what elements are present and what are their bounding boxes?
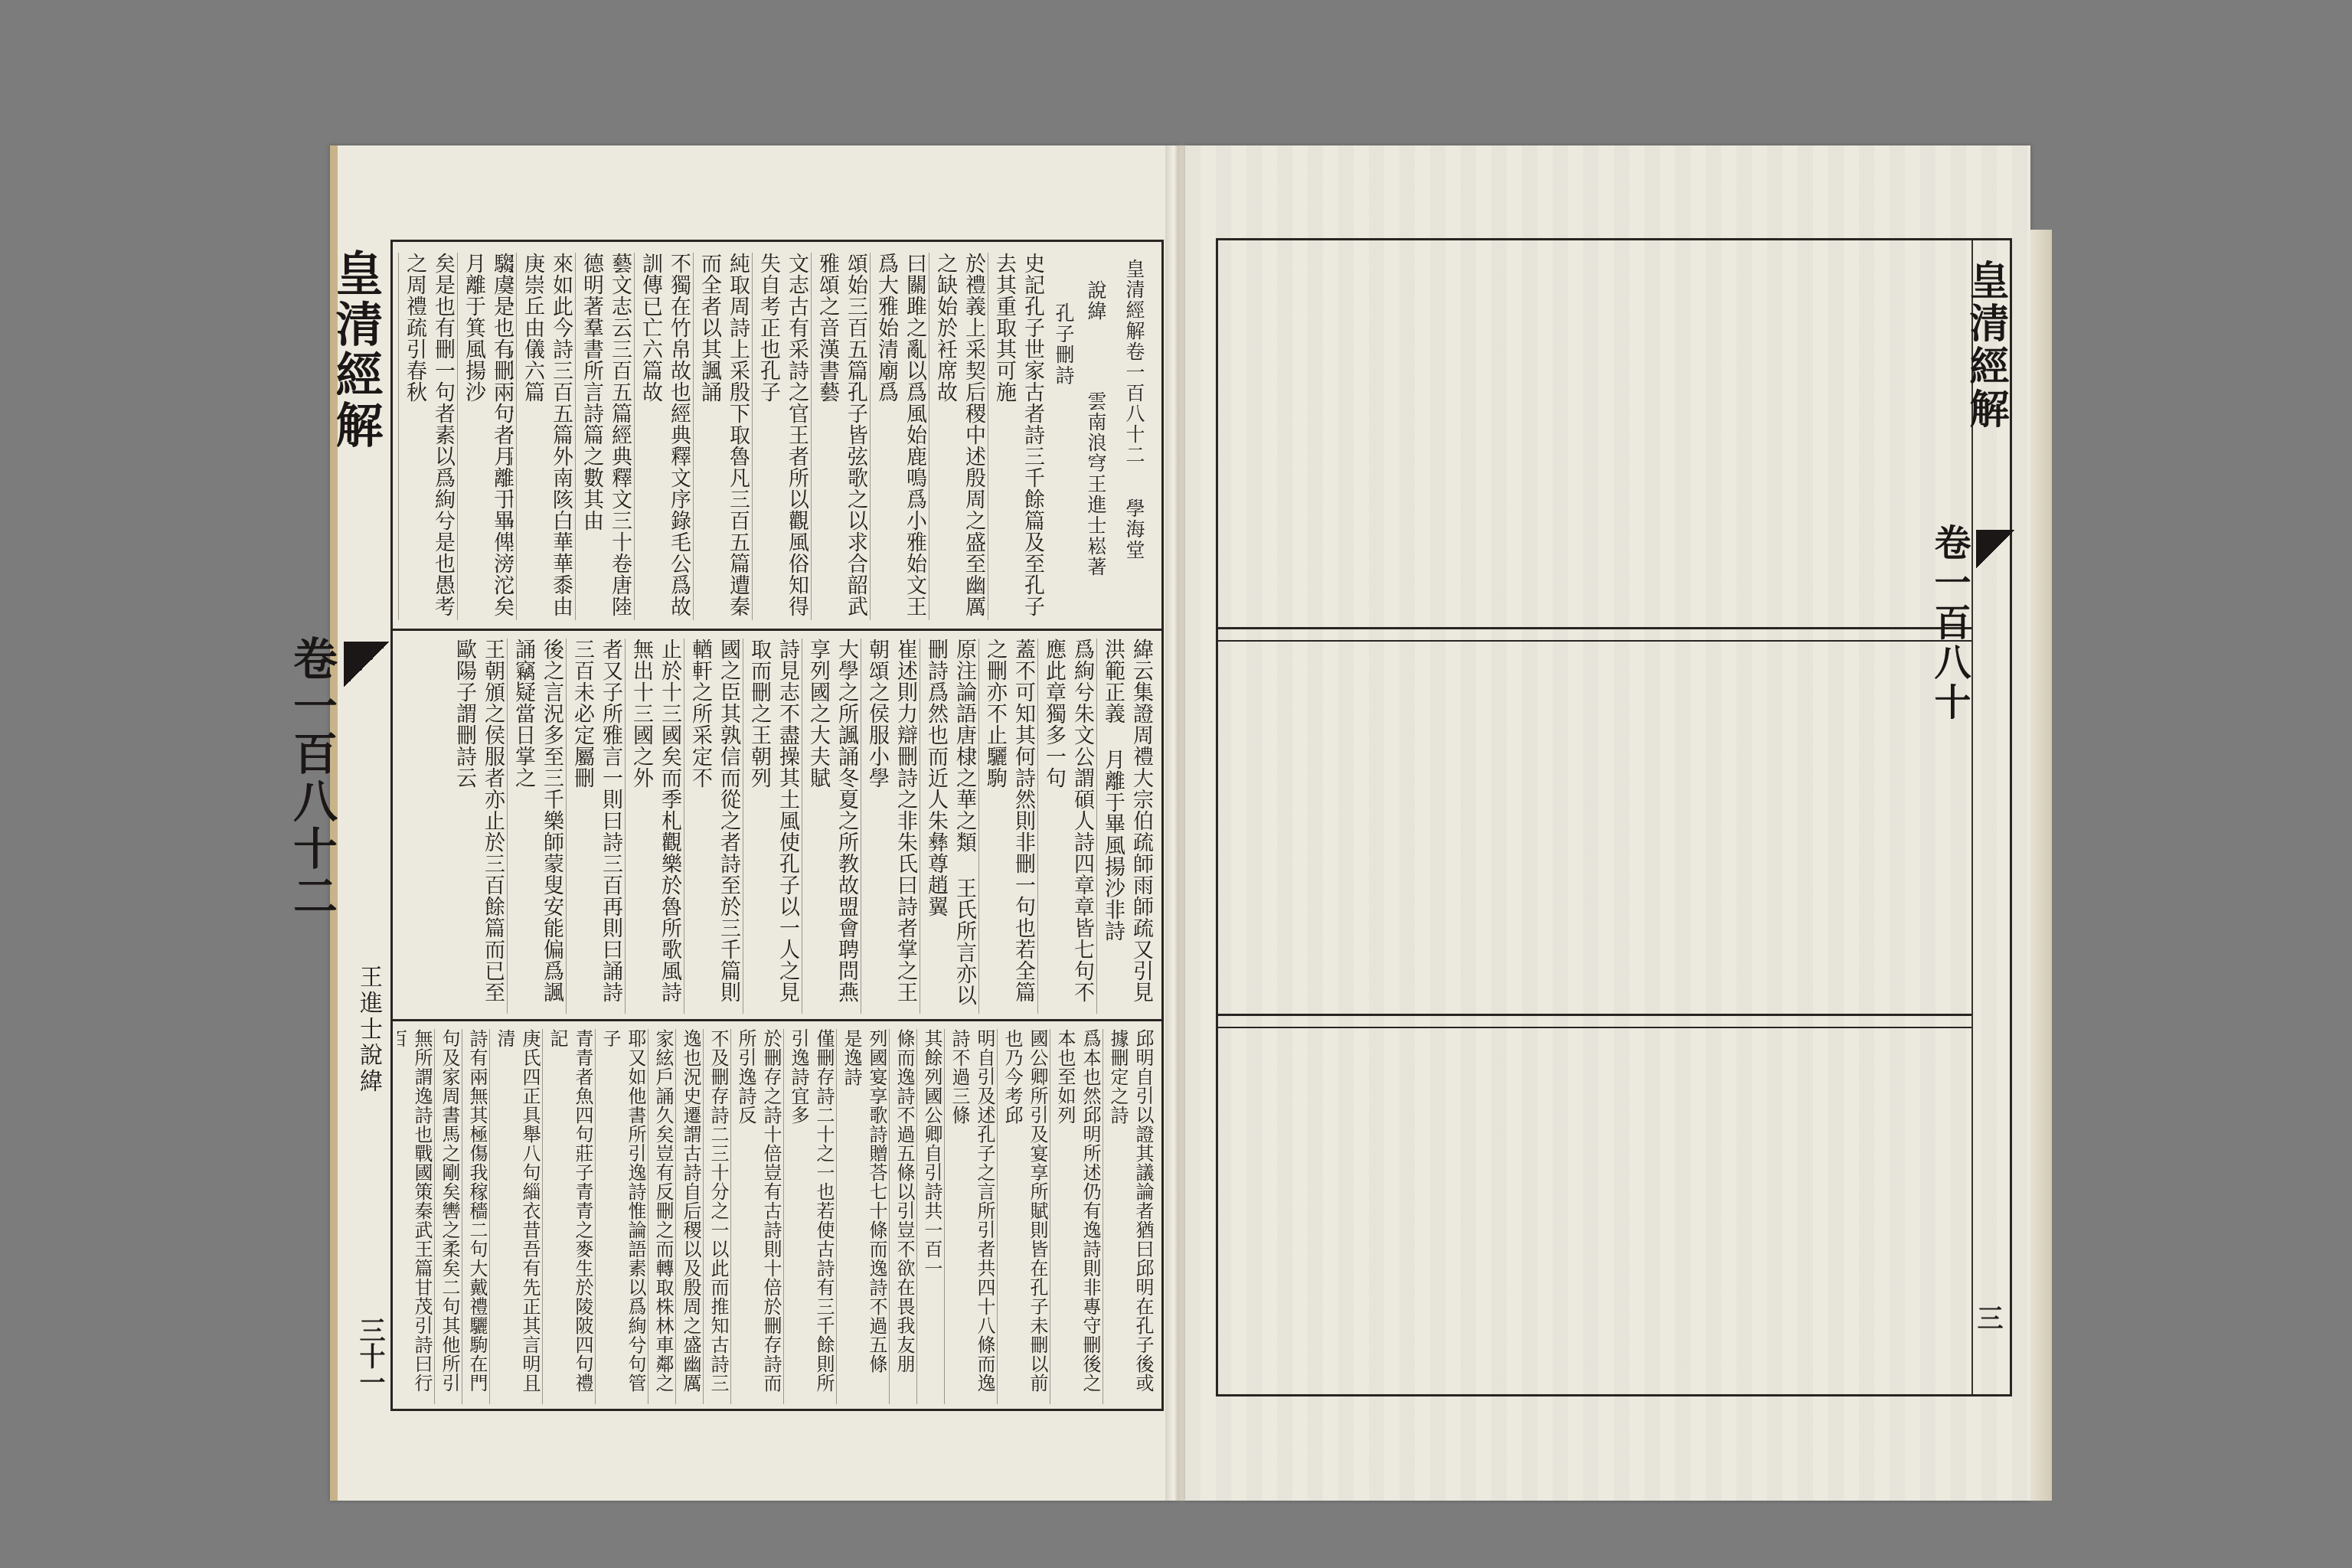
- blank-register-middle: [1218, 642, 2010, 1014]
- fish-tail-mark-icon: [344, 642, 390, 688]
- register-middle-text: 緯云集證周禮大宗伯疏師雨師疏又引見洪範正義 月離于畢風揚沙非詩 爲絢兮朱文公謂碩…: [451, 639, 1155, 1014]
- register-top-text: 史記孔子世家古者詩三千餘篇及至孔子去其重取其可施 於禮義上采契后稷中述殷周之盛至…: [511, 253, 1047, 620]
- spine-volume: 卷一百八十二: [286, 635, 338, 920]
- right-spine-title: 皇清經解: [1975, 260, 2014, 431]
- blank-frame: 皇清經解 卷一百八十 三: [1216, 238, 2012, 1396]
- left-spine-volume: 卷一百八十二: [344, 635, 390, 920]
- spine-title: 皇清經解: [328, 249, 384, 451]
- page-stack-edge: [2030, 230, 2052, 1501]
- author: 雲南浪穹王進士崧著: [1082, 391, 1109, 577]
- page-number: 三十一: [351, 1317, 389, 1395]
- register-divider: [1218, 627, 1971, 629]
- right-spine-volume: 卷一百八十: [1975, 524, 2014, 723]
- publisher: 學海堂: [1120, 498, 1148, 560]
- book-gutter: [1165, 145, 1187, 1501]
- right-page: 皇清經解 卷一百八十 三: [1185, 145, 2030, 1501]
- register-top: 皇清經解卷一百八十二 學海堂 說緯 雲南浪穹王進士崧著 孔子刪詩 史記孔子世家古…: [393, 242, 1161, 629]
- register-middle: 緯云集證周禮大宗伯疏師雨師疏又引見洪範正義 月離于畢風揚沙非詩 爲絢兮朱文公謂碩…: [393, 631, 1161, 1018]
- left-page: 皇清經解 卷一百八十二 王進士說緯 三十一 皇清經解卷一百八十二 學海堂 說緯 …: [330, 145, 1178, 1501]
- work-title: 說緯: [1082, 280, 1109, 322]
- fish-tail-mark-icon: [1976, 530, 2014, 568]
- register-divider: [1218, 1014, 1971, 1016]
- left-spine-title: 皇清經解: [344, 249, 390, 678]
- spine-subtitle: 王進士說緯: [351, 965, 385, 1095]
- register-top-left-text: 騶虞是也有刪兩句者月離于畢俾滂沱矣月離于箕風揚沙 矣是也有刪一句者素以爲絢兮是也…: [397, 253, 516, 620]
- spine-volume: 卷一百八十: [1928, 524, 1971, 723]
- section-title: 孔子刪詩: [1050, 303, 1077, 386]
- collection-volume-heading: 皇清經解卷一百八十二: [1120, 259, 1148, 465]
- blank-register-top: [1218, 240, 2010, 627]
- spine-title: 皇清經解: [1962, 260, 2009, 431]
- page-number: 三: [1969, 1305, 2007, 1331]
- text-frame: 皇清經解卷一百八十二 學海堂 說緯 雲南浪穹王進士崧著 孔子刪詩 史記孔子世家古…: [390, 240, 1164, 1411]
- register-bottom-text: 邱明自引以證其議論者猶曰邱明在孔子後或據刪定之詩 爲本也然邱明所述仍有逸詩則非專…: [397, 1029, 1155, 1404]
- register-bottom: 邱明自引以證其議論者猶曰邱明在孔子後或據刪定之詩 爲本也然邱明所述仍有逸詩則非專…: [393, 1021, 1161, 1408]
- blank-register-bottom: [1218, 1028, 2010, 1396]
